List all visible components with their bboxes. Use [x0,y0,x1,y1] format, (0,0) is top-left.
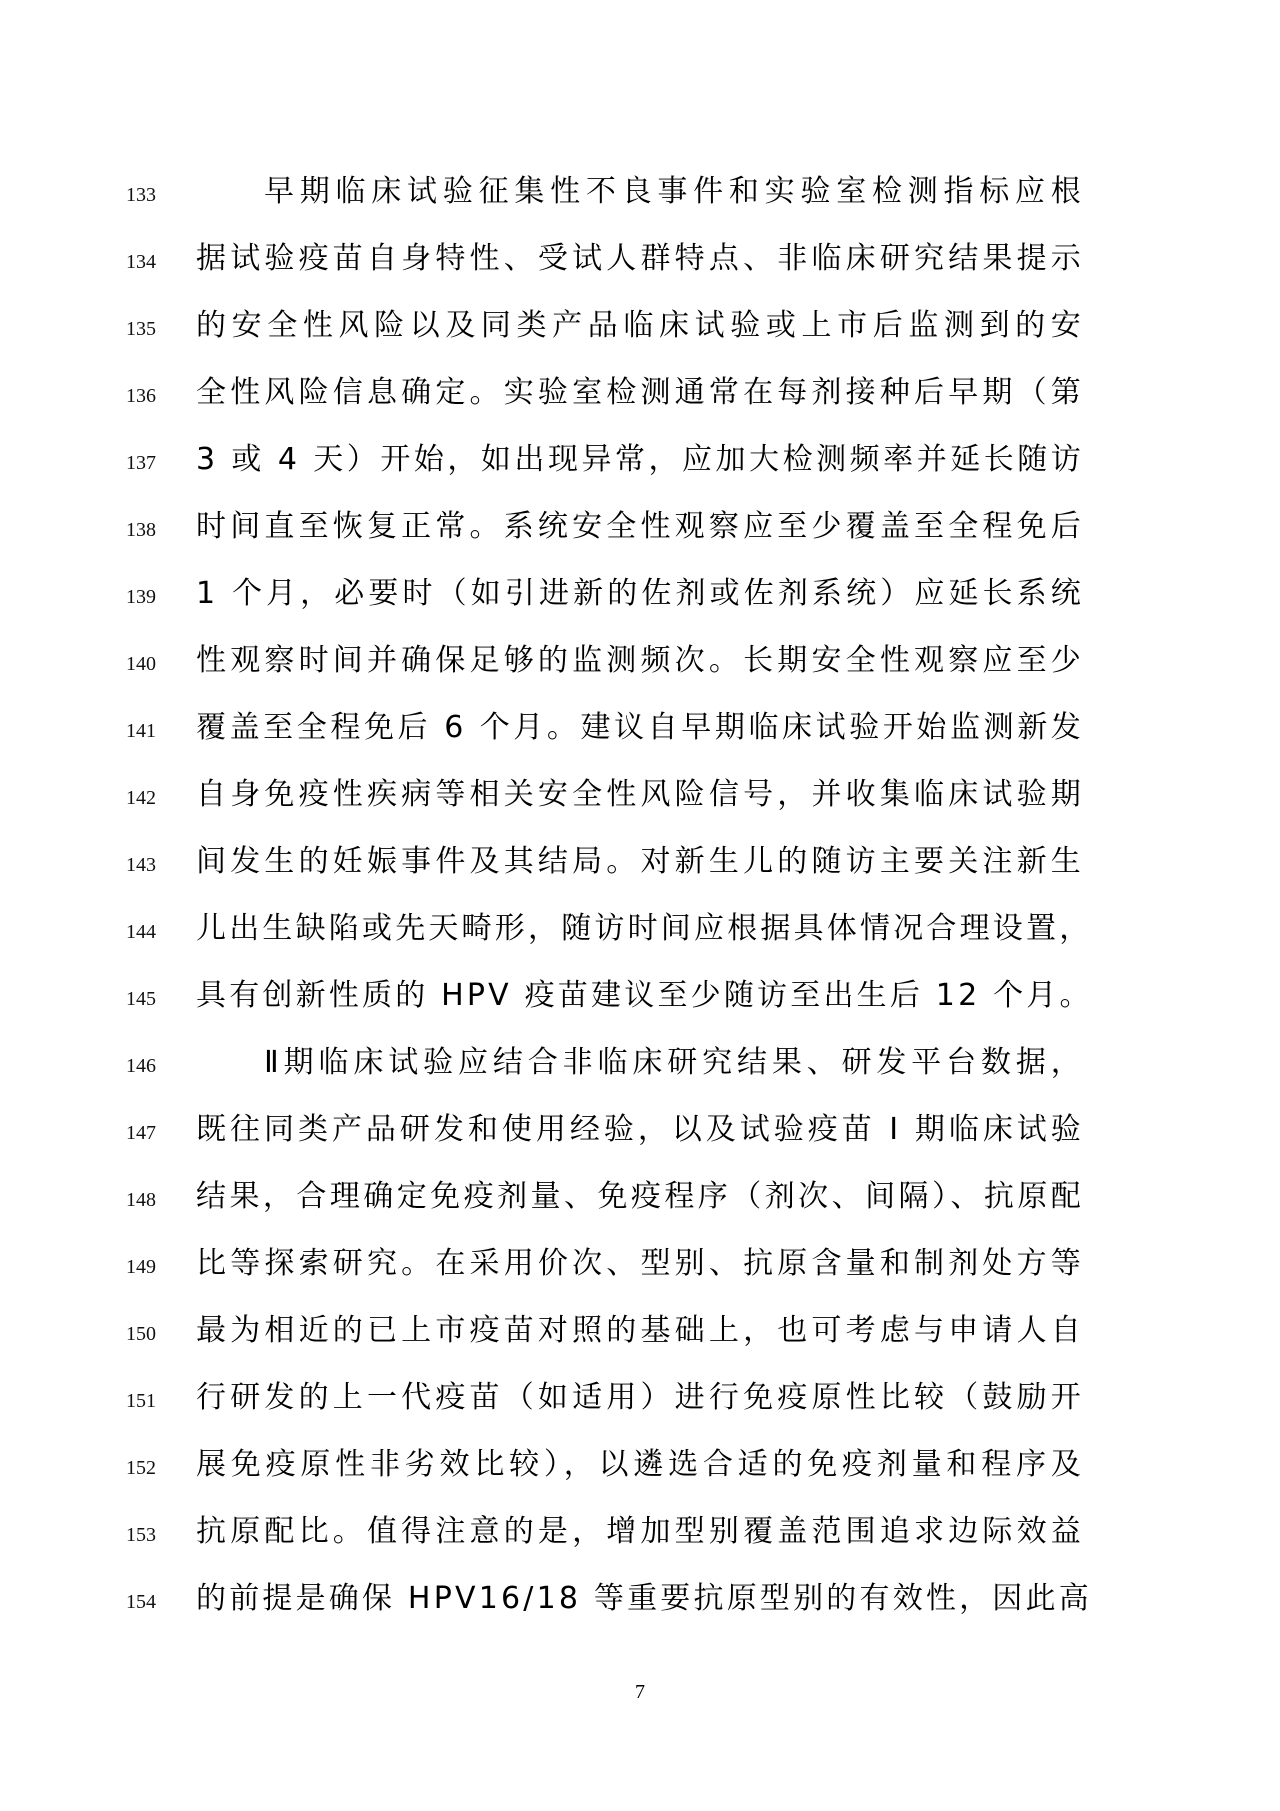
line-number: 138 [100,519,156,541]
line-text: 具有创新性质的 HPV 疫苗建议至少随访至出生后 12 个月。 [196,974,1084,1018]
document-line: 145 具有创新性质的 HPV 疫苗建议至少随访至出生后 12 个月。 [0,974,1280,1018]
line-text: 时间直至恢复正常。系统安全性观察应至少覆盖至全程免后 [196,505,1084,549]
page-number: 7 [600,1680,680,1704]
document-line: 149 比等探索研究。在采用价次、型别、抗原含量和制剂处方等 [0,1242,1280,1286]
line-number: 136 [100,385,156,407]
document-line: 148 结果，合理确定免疫剂量、免疫程序（剂次、间隔）、抗原配 [0,1175,1280,1219]
line-number: 133 [100,184,156,206]
line-number: 147 [100,1122,156,1144]
line-text: 3 或 4 天）开始，如出现异常，应加大检测频率并延长随访 [196,438,1084,482]
document-page: 133 早期临床试验征集性不良事件和实验室检测指标应根 134 据试验疫苗自身特… [0,0,1280,1811]
document-line: 153 抗原配比。值得注意的是，增加型别覆盖范围追求边际效益 [0,1510,1280,1554]
document-line: 139 1 个月，必要时（如引进新的佐剂或佐剂系统）应延长系统 [0,572,1280,616]
document-line: 146 Ⅱ期临床试验应结合非临床研究结果、研发平台数据， [0,1041,1280,1085]
document-line: 152 展免疫原性非劣效比较），以遴选合适的免疫剂量和程序及 [0,1443,1280,1487]
line-number: 153 [100,1524,156,1546]
document-line: 151 行研发的上一代疫苗（如适用）进行免疫原性比较（鼓励开 [0,1376,1280,1420]
line-number: 142 [100,787,156,809]
line-text: 抗原配比。值得注意的是，增加型别覆盖范围追求边际效益 [196,1510,1084,1554]
document-line: 154 的前提是确保 HPV16/18 等重要抗原型别的有效性，因此高 [0,1577,1280,1621]
line-number: 141 [100,720,156,742]
line-number: 152 [100,1457,156,1479]
line-number: 148 [100,1189,156,1211]
document-line: 150 最为相近的已上市疫苗对照的基础上，也可考虑与申请人自 [0,1309,1280,1353]
line-text: 自身免疫性疾病等相关安全性风险信号，并收集临床试验期 [196,773,1084,817]
line-text: 据试验疫苗自身特性、受试人群特点、非临床研究结果提示 [196,237,1084,281]
line-text: 早期临床试验征集性不良事件和实验室检测指标应根 [264,170,1084,214]
document-line: 137 3 或 4 天）开始，如出现异常，应加大检测频率并延长随访 [0,438,1280,482]
document-line: 133 早期临床试验征集性不良事件和实验室检测指标应根 [0,170,1280,214]
line-text: 行研发的上一代疫苗（如适用）进行免疫原性比较（鼓励开 [196,1376,1084,1420]
line-number: 146 [100,1055,156,1077]
line-number: 143 [100,854,156,876]
document-line: 142 自身免疫性疾病等相关安全性风险信号，并收集临床试验期 [0,773,1280,817]
line-text: 的安全性风险以及同类产品临床试验或上市后监测到的安 [196,304,1084,348]
line-text: 最为相近的已上市疫苗对照的基础上，也可考虑与申请人自 [196,1309,1084,1353]
document-line: 134 据试验疫苗自身特性、受试人群特点、非临床研究结果提示 [0,237,1280,281]
line-text: 结果，合理确定免疫剂量、免疫程序（剂次、间隔）、抗原配 [196,1175,1084,1219]
line-text: 既往同类产品研发和使用经验，以及试验疫苗 I 期临床试验 [196,1108,1084,1152]
line-number: 140 [100,653,156,675]
line-text: 全性风险信息确定。实验室检测通常在每剂接种后早期（第 [196,371,1084,415]
line-text: 儿出生缺陷或先天畸形，随访时间应根据具体情况合理设置， [196,907,1084,951]
line-number: 145 [100,988,156,1010]
line-number: 134 [100,251,156,273]
document-line: 140 性观察时间并确保足够的监测频次。长期安全性观察应至少 [0,639,1280,683]
document-line: 141 覆盖至全程免后 6 个月。建议自早期临床试验开始监测新发 [0,706,1280,750]
document-line: 136 全性风险信息确定。实验室检测通常在每剂接种后早期（第 [0,371,1280,415]
line-text: 间发生的妊娠事件及其结局。对新生儿的随访主要关注新生 [196,840,1084,884]
document-line: 138 时间直至恢复正常。系统安全性观察应至少覆盖至全程免后 [0,505,1280,549]
line-text: 1 个月，必要时（如引进新的佐剂或佐剂系统）应延长系统 [196,572,1084,616]
line-text: 的前提是确保 HPV16/18 等重要抗原型别的有效性，因此高 [196,1577,1084,1621]
line-number: 144 [100,921,156,943]
document-line: 144 儿出生缺陷或先天畸形，随访时间应根据具体情况合理设置， [0,907,1280,951]
line-number: 154 [100,1591,156,1613]
document-line: 147 既往同类产品研发和使用经验，以及试验疫苗 I 期临床试验 [0,1108,1280,1152]
line-text: 展免疫原性非劣效比较），以遴选合适的免疫剂量和程序及 [196,1443,1084,1487]
document-line: 135 的安全性风险以及同类产品临床试验或上市后监测到的安 [0,304,1280,348]
line-text: 覆盖至全程免后 6 个月。建议自早期临床试验开始监测新发 [196,706,1084,750]
line-number: 149 [100,1256,156,1278]
line-text: 比等探索研究。在采用价次、型别、抗原含量和制剂处方等 [196,1242,1084,1286]
line-number: 150 [100,1323,156,1345]
line-number: 137 [100,452,156,474]
line-text: 性观察时间并确保足够的监测频次。长期安全性观察应至少 [196,639,1084,683]
document-line: 143 间发生的妊娠事件及其结局。对新生儿的随访主要关注新生 [0,840,1280,884]
line-number: 151 [100,1390,156,1412]
line-text: Ⅱ期临床试验应结合非临床研究结果、研发平台数据， [264,1041,1084,1085]
line-number: 135 [100,318,156,340]
line-number: 139 [100,586,156,608]
